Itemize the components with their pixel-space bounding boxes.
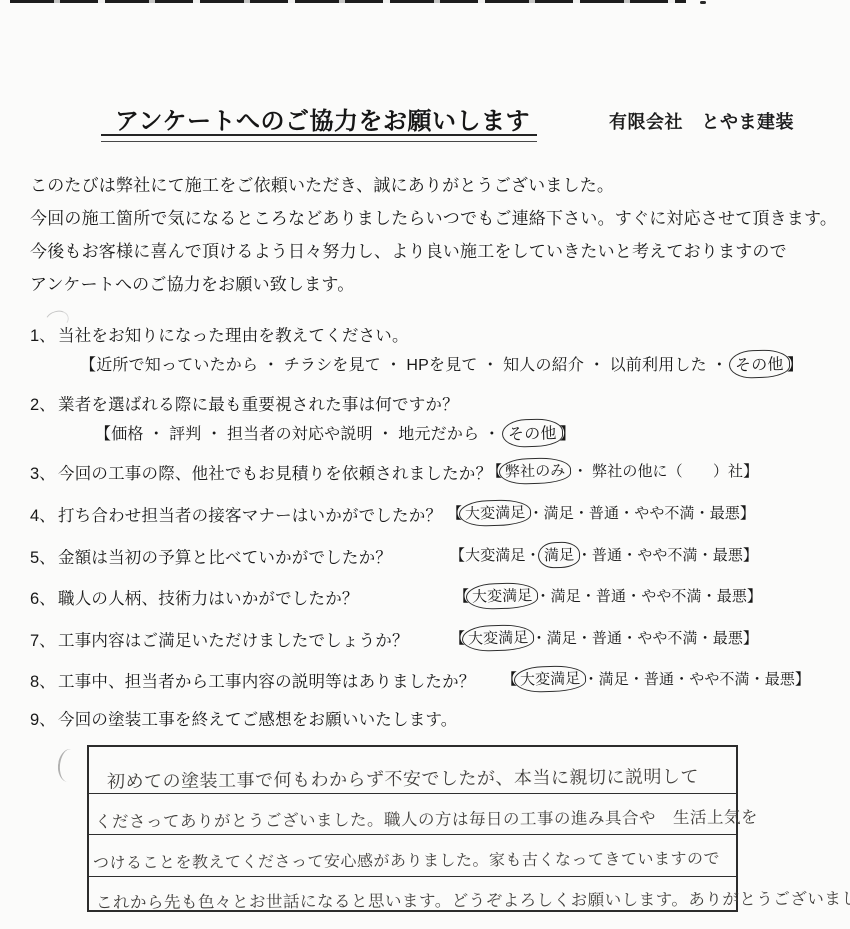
question-6-options: 【大変満足・満足・普通・やや不満・最悪】: [454, 585, 762, 606]
question-7-text: 工事内容はご満足いただけましたでしょうか？: [58, 632, 409, 650]
question-5-text: 金額は当初の予算と比べていかがでしたか？: [58, 549, 392, 567]
question-7-selected-option: 大変満足: [462, 624, 535, 652]
intro-line-1: このたびは弊社にて施工をご依頼いただき、誠にありがとうございました。: [30, 169, 830, 202]
intro-line-2: 今回の施工箇所で気になるところなどありましたらいつでもご連絡下さい。すぐに対応さ…: [30, 202, 830, 235]
question-7-options-suffix: ・満足・普通・やや不満・最悪】: [532, 630, 759, 647]
question-3: 3、今回の工事の際、他社でもお見積りを依頼されましたか？ 【弊社のみ ・ 弊社の…: [30, 460, 850, 486]
question-9-text: 今回の塗装工事を終えてご感想をお願いいたします。: [58, 711, 457, 729]
handwritten-comment-line-1: 初めての塗装工事で何もわからず不安でしたが、本当に親切に説明して: [107, 762, 699, 793]
question-1-options-prefix: 【近所で知っていたから ・ チラシを見て ・ HPを見て ・ 知人の紹介 ・ 以…: [80, 357, 732, 374]
question-8-text: 工事中、担当者から工事内容の説明等はありましたか？: [58, 673, 476, 691]
question-2-selected-option: その他: [501, 418, 562, 448]
survey-scan-page: アンケートへのご協力をお願いします 有限会社 とやま建装 このたびは弊社にて施工…: [0, 0, 850, 929]
margin-curve-artifact: [56, 748, 81, 783]
question-4-options: 【大変満足・満足・普通・やや不満・最悪】: [447, 502, 755, 523]
question-1-options: 【近所で知っていたから ・ チラシを見て ・ HPを見て ・ 知人の紹介 ・ 以…: [80, 352, 803, 375]
company-name: 有限会社 とやま建装: [609, 108, 794, 134]
question-4: 4、打ち合わせ担当者の接客マナーはいかがでしたか？ 【大変満足・満足・普通・やや…: [30, 502, 850, 528]
question-3-options: 【弊社のみ ・ 弊社の他に（ ）社】: [487, 460, 758, 481]
question-5-selected-option: 満足: [537, 541, 580, 568]
question-1-selected-option: その他: [729, 349, 790, 379]
question-9: 9、今回の塗装工事を終えてご感想をお願いいたします。: [30, 706, 850, 732]
intro-paragraph: このたびは弊社にて施工をご依頼いただき、誠にありがとうございました。 今回の施工…: [30, 169, 830, 301]
question-3-text: 今回の工事の際、他社でもお見積りを依頼されましたか？: [58, 465, 492, 483]
question-5-options: 【大変満足・満足・普通・やや不満・最悪】: [450, 544, 758, 565]
question-7: 7、工事内容はご満足いただけましたでしょうか？ 【大変満足・満足・普通・やや不満…: [30, 627, 850, 653]
question-4-options-suffix: ・満足・普通・やや不満・最悪】: [529, 505, 756, 522]
question-4-selected-option: 大変満足: [459, 499, 532, 527]
question-8-selected-option: 大変満足: [514, 665, 587, 693]
question-6-text: 職人の人柄、技術力はいかがでしたか？: [58, 590, 359, 608]
question-6-options-suffix: ・満足・普通・やや不満・最悪】: [536, 588, 763, 605]
question-1: 1、当社をお知りになった理由を教えてください。: [30, 322, 850, 348]
question-5-options-prefix: 【大変満足・: [450, 547, 541, 564]
question-8-number: 8、: [30, 668, 58, 692]
question-4-text: 打ち合わせ担当者の接客マナーはいかがでしたか？: [58, 507, 442, 525]
question-3-options-suffix: ・ 弊社の他に（ ）社】: [569, 463, 759, 480]
page-title: アンケートへのご協力をお願いします: [115, 101, 530, 136]
question-9-number: 9、: [30, 706, 58, 730]
handwritten-comment-line-2: くださってありがとうございました。職人の方は毎日の工事の進み具合や 生活上気を: [95, 804, 758, 833]
question-6-selected-option: 大変満足: [466, 582, 539, 610]
question-8-options: 【大変満足・満足・普通・やや不満・最悪】: [502, 668, 810, 689]
question-2-options-prefix: 【価格 ・ 評判 ・ 担当者の対応や説明 ・ 地元だから ・: [95, 426, 505, 443]
question-2-number: 2、: [30, 391, 58, 415]
handwritten-comment-line-3: つけることを教えてくださって安心感がありました。家も古くなってきていますので: [93, 846, 720, 873]
question-8-options-suffix: ・満足・普通・やや不満・最悪】: [584, 671, 811, 688]
question-5-number: 5、: [30, 544, 58, 568]
scan-edge-artifact: [10, 0, 686, 3]
intro-line-3: 今後もお客様に喜んで頂けるよう日々努力し、より良い施工をしていきたいと考えており…: [30, 235, 830, 268]
question-8: 8、工事中、担当者から工事内容の説明等はありましたか？ 【大変満足・満足・普通・…: [30, 668, 850, 694]
question-6: 6、職人の人柄、技術力はいかがでしたか？ 【大変満足・満足・普通・やや不満・最悪…: [30, 585, 850, 611]
question-2-text: 業者を選ばれる際に最も重要視された事は何ですか？: [58, 396, 459, 414]
handwritten-comment-line-4: これから先も色々とお世話になると思います。どうぞよろしくお願いします。ありがとう…: [96, 885, 850, 913]
intro-line-4: アンケートへのご協力をお願い致します。: [30, 268, 830, 301]
question-3-selected-option: 弊社のみ: [499, 457, 572, 485]
question-5-options-suffix: ・普通・やや不満・最悪】: [577, 547, 758, 564]
question-5: 5、金額は当初の予算と比べていかがでしたか？ 【大変満足・満足・普通・やや不満・…: [30, 544, 850, 570]
question-4-number: 4、: [30, 502, 58, 526]
question-3-number: 3、: [30, 460, 58, 484]
question-2-options: 【価格 ・ 評判 ・ 担当者の対応や説明 ・ 地元だから ・ その他】: [95, 421, 576, 444]
question-7-number: 7、: [30, 627, 58, 651]
question-1-text: 当社をお知りになった理由を教えてください。: [58, 327, 409, 345]
scan-edge-dot-artifact: [700, 1, 706, 4]
title-double-underline: [101, 134, 537, 142]
question-1-number: 1、: [30, 322, 58, 346]
question-2: 2、業者を選ばれる際に最も重要視された事は何ですか？: [30, 391, 850, 417]
question-6-number: 6、: [30, 585, 58, 609]
question-7-options: 【大変満足・満足・普通・やや不満・最悪】: [450, 627, 758, 648]
